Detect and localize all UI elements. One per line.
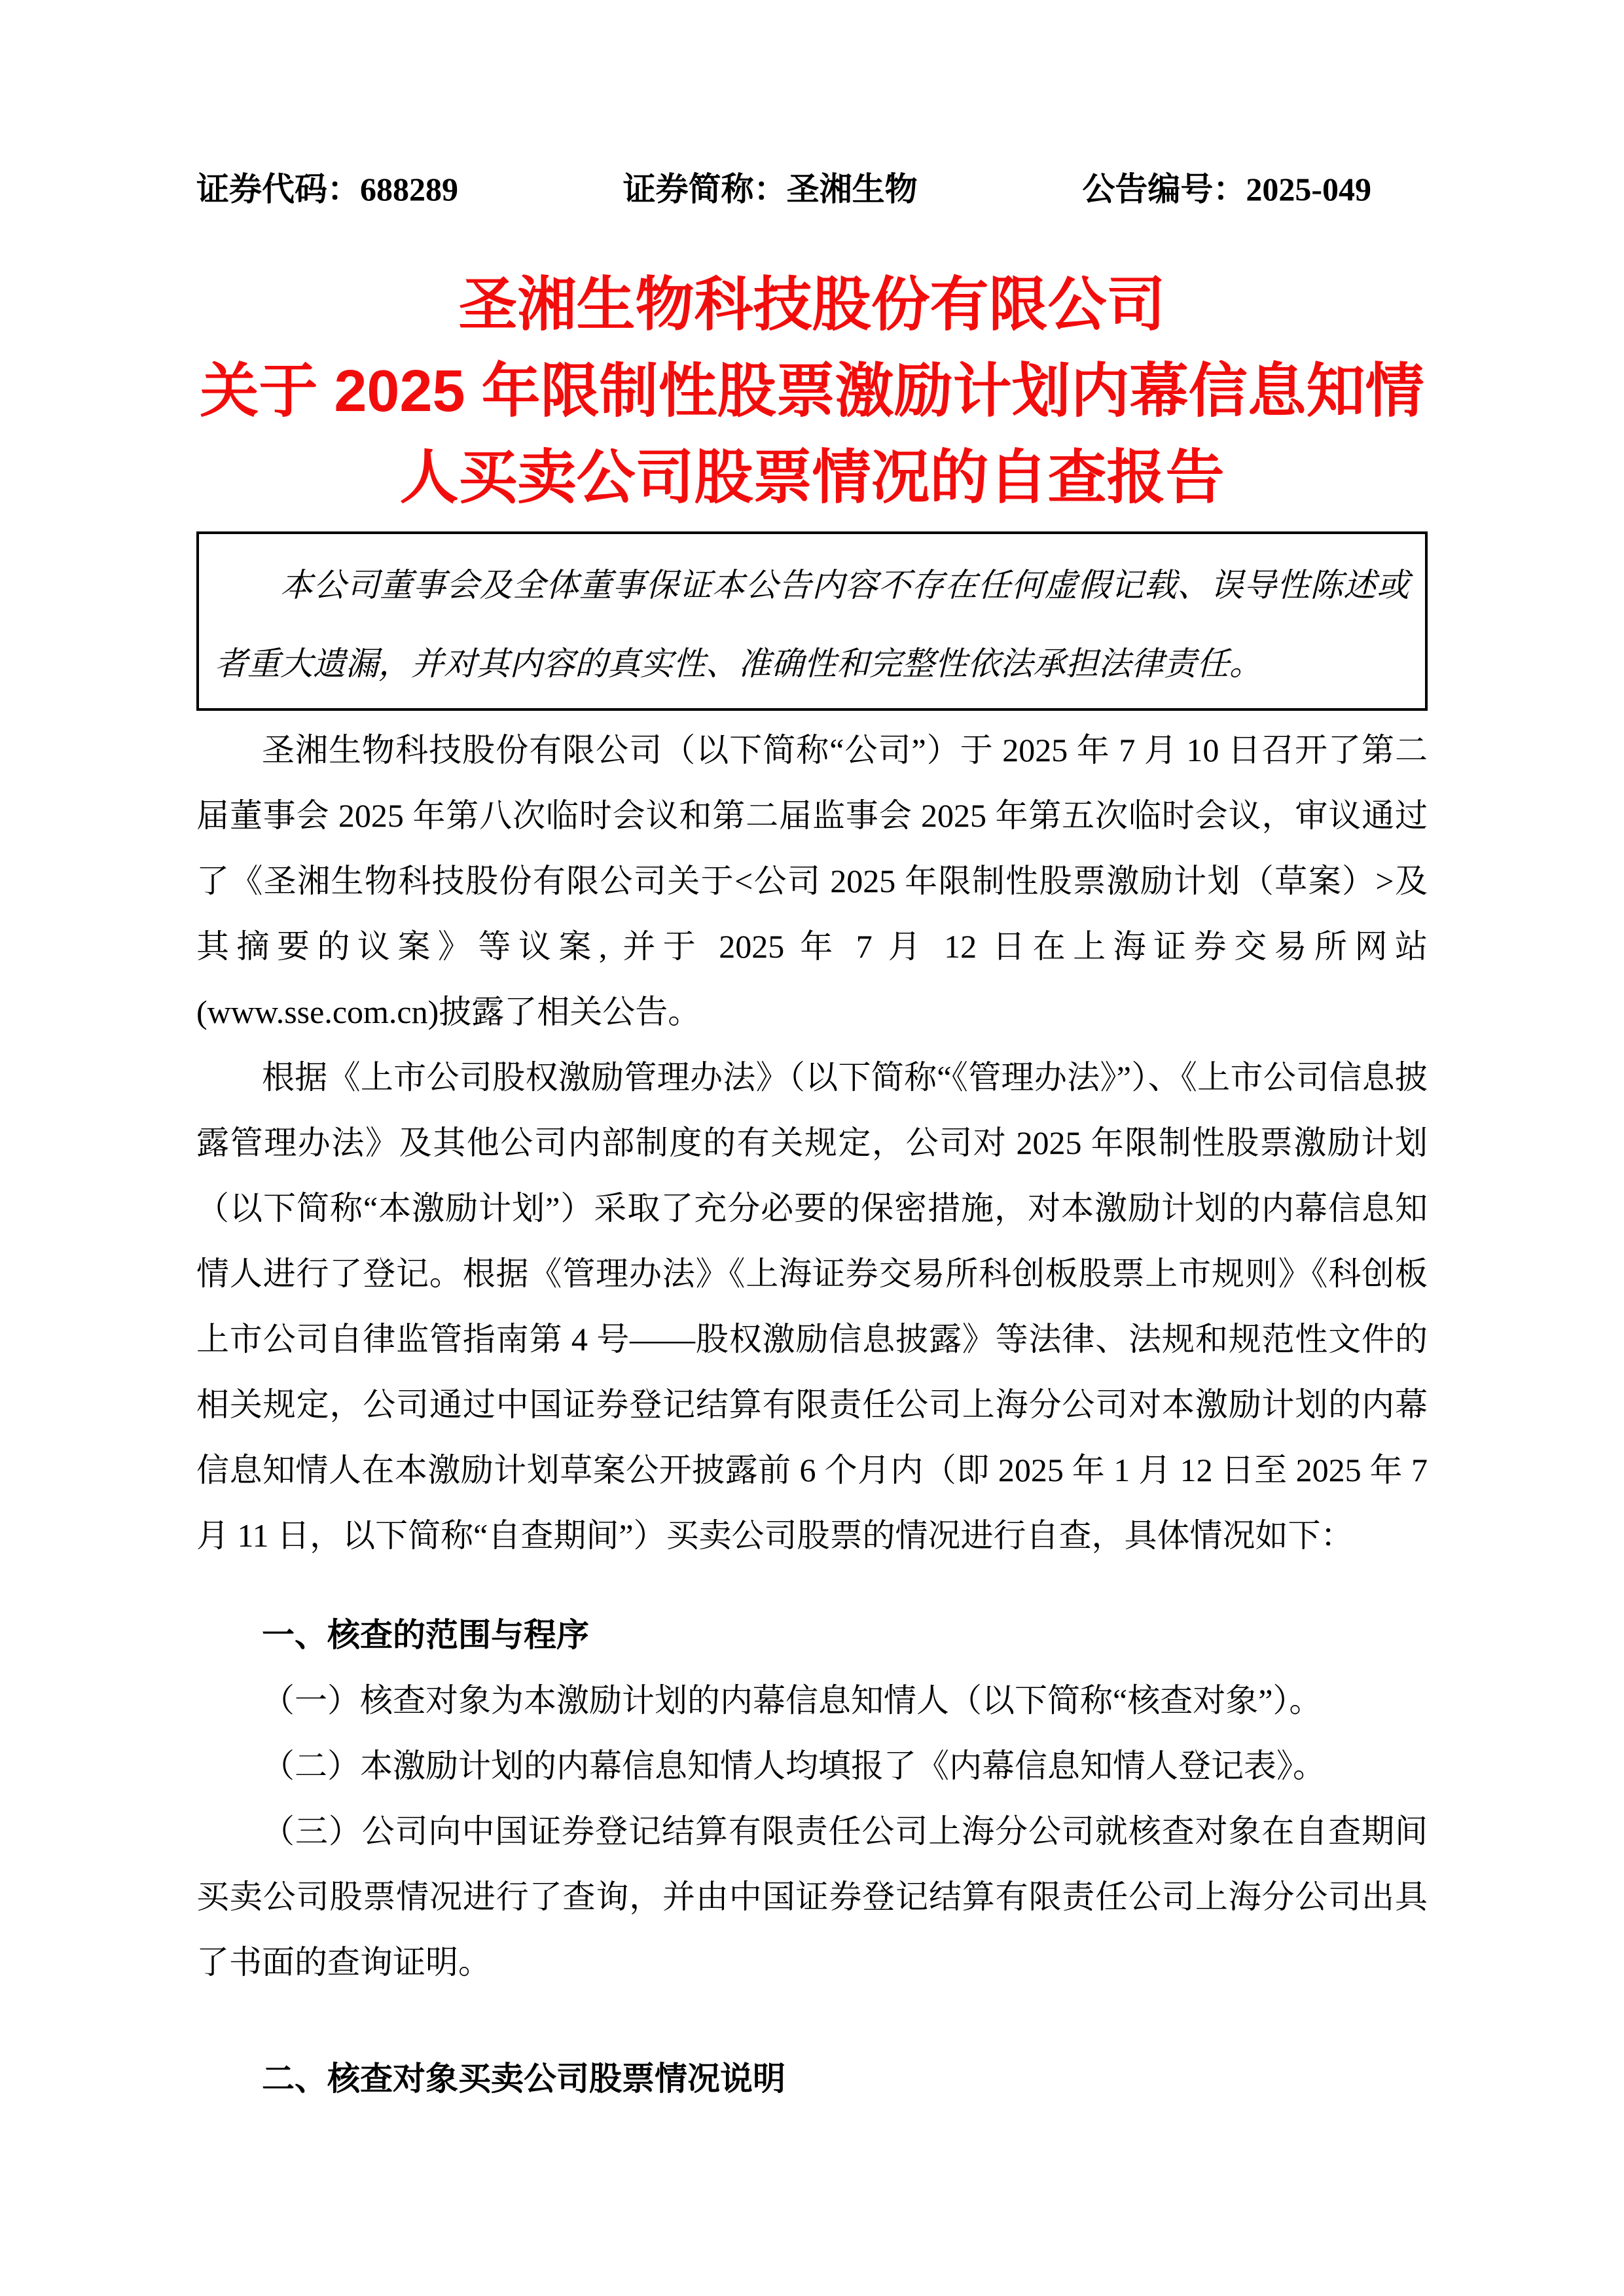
document-page: 证券代码：688289 证券简称：圣湘生物 公告编号：2025-049 圣湘生物… bbox=[0, 0, 1624, 2296]
section-1-item-3: （三）公司向中国证券登记结算有限责任公司上海分公司就核查对象在自查期间买卖公司股… bbox=[196, 1799, 1428, 1995]
document-title: 圣湘生物科技股份有限公司 关于 2025 年限制性股票激励计划内幕信息知情 人买… bbox=[196, 262, 1428, 521]
section-1-item-1: （一）核查对象为本激励计划的内幕信息知情人（以下简称“核查对象”）。 bbox=[196, 1668, 1428, 1733]
title-line-subject-2: 人买卖公司股票情况的自查报告 bbox=[196, 435, 1428, 521]
section-1-heading: 一、核查的范围与程序 bbox=[196, 1602, 1428, 1668]
title-line-subject-1: 关于 2025 年限制性股票激励计划内幕信息知情 bbox=[196, 348, 1428, 435]
board-statement-text: 本公司董事会及全体董事保证本公告内容不存在任何虚假记载、误导性陈述或者重大遗漏，… bbox=[215, 546, 1409, 703]
paragraph-meeting-info: 圣湘生物科技股份有限公司（以下简称“公司”）于 2025 年 7 月 10 日召… bbox=[196, 717, 1428, 1045]
board-statement-box: 本公司董事会及全体董事保证本公告内容不存在任何虚假记载、误导性陈述或者重大遗漏，… bbox=[196, 531, 1428, 711]
announcement-number: 公告编号：2025-049 bbox=[1082, 171, 1371, 207]
stock-code: 证券代码：688289 bbox=[196, 171, 458, 207]
section-2-heading: 二、核查对象买卖公司股票情况说明 bbox=[196, 2046, 1428, 2111]
section-1-item-2: （二）本激励计划的内幕信息知情人均填报了《内幕信息知情人登记表》。 bbox=[196, 1733, 1428, 1799]
title-line-company: 圣湘生物科技股份有限公司 bbox=[196, 262, 1428, 348]
paragraph-self-inspection-basis: 根据《上市公司股权激励管理办法》（以下简称“《管理办法》”）、《上市公司信息披露… bbox=[196, 1045, 1428, 1568]
stock-abbr: 证券简称：圣湘生物 bbox=[623, 171, 918, 207]
document-header: 证券代码：688289 证券简称：圣湘生物 公告编号：2025-049 bbox=[196, 171, 1428, 207]
